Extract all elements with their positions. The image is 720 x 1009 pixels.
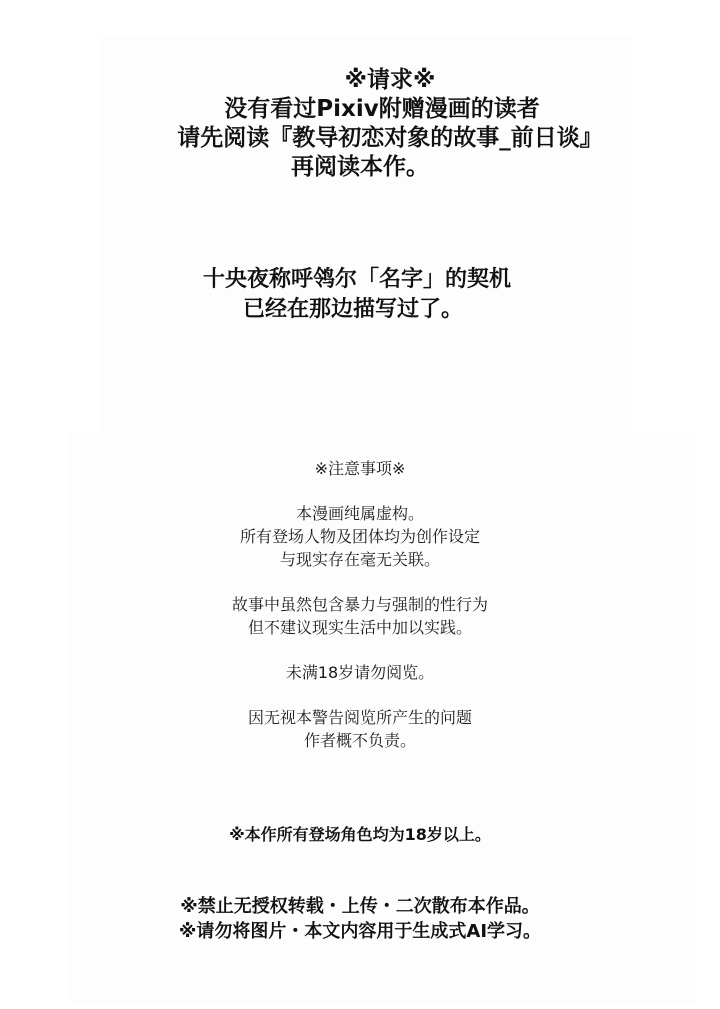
prohibition-line: ※请勿将图片・本文内容用于生成式AI学习。 <box>0 919 720 944</box>
age-notice: ※本作所有登场角色均为18岁以上。 <box>0 824 720 846</box>
prohibition-line: ※禁止无授权转载・上传・二次散布本作品。 <box>0 894 720 919</box>
caution-title: ※注意事项※ <box>0 457 720 480</box>
caution-section: ※注意事项※ 本漫画纯属虚构。 所有登场人物及团体均为创作设定 与现实存在毫无关… <box>0 457 720 752</box>
caution-paragraph-fiction: 本漫画纯属虚构。 所有登场人物及团体均为创作设定 与现实存在毫无关联。 <box>0 502 720 571</box>
request-section: ※请求※ 没有看过Pixiv附赠漫画的读者 请先阅读『教导初恋对象的故事_前日谈… <box>0 66 720 182</box>
caution-line: 未满18岁请勿阅览。 <box>0 661 720 684</box>
age-notice-text: ※本作所有登场角色均为18岁以上。 <box>0 824 720 846</box>
caution-line: 作者概不负责。 <box>0 729 720 752</box>
context-note-line: 十央夜称呼鸰尔「名字」的契机 <box>0 265 720 295</box>
request-line: 没有看过Pixiv附赠漫画的读者 <box>0 95 720 124</box>
caution-line: 但不建议现实生活中加以实践。 <box>0 616 720 639</box>
caution-paragraph-content: 故事中虽然包含暴力与强制的性行为 但不建议现实生活中加以实践。 <box>0 593 720 639</box>
context-note-line: 已经在那边描写过了。 <box>0 295 720 325</box>
prohibitions: ※禁止无授权转载・上传・二次散布本作品。 ※请勿将图片・本文内容用于生成式AI学… <box>0 894 720 944</box>
request-line: 请先阅读『教导初恋对象的故事_前日谈』 <box>0 124 720 153</box>
request-title: ※请求※ <box>0 66 720 95</box>
caution-line: 因无视本警告阅览所产生的问题 <box>0 706 720 729</box>
caution-paragraph-age: 未满18岁请勿阅览。 <box>0 661 720 684</box>
context-note: 十央夜称呼鸰尔「名字」的契机 已经在那边描写过了。 <box>0 265 720 325</box>
caution-paragraph-disclaimer: 因无视本警告阅览所产生的问题 作者概不负责。 <box>0 706 720 752</box>
caution-line: 与现实存在毫无关联。 <box>0 548 720 571</box>
request-line: 再阅读本作。 <box>0 153 720 182</box>
caution-line: 本漫画纯属虚构。 <box>0 502 720 525</box>
caution-line: 故事中虽然包含暴力与强制的性行为 <box>0 593 720 616</box>
caution-line: 所有登场人物及团体均为创作设定 <box>0 525 720 548</box>
